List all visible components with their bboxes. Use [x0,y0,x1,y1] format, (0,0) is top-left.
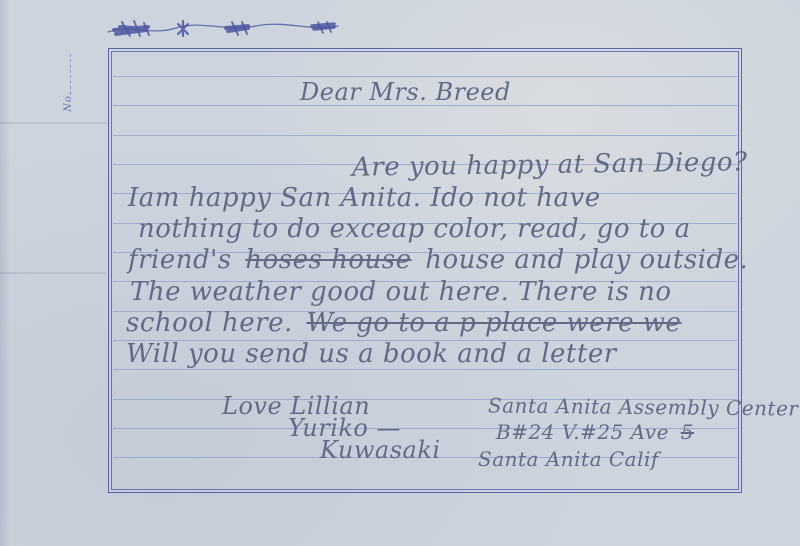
ruled-line [113,135,737,136]
margin-dashed-line [70,54,71,94]
body-line-3: nothing to do exceap color, read, go to … [138,214,691,244]
struck-text: 5 [681,420,694,444]
margin-no-label: No. [63,91,74,112]
struck-text: We go to a p place were we [307,308,682,338]
body-line-4-text: house and play outside. [425,245,748,275]
body-line-2: Iam happy San Anita. Ido not have [128,183,601,213]
body-line-1: Are you happy at San Diego? [352,147,748,183]
signature-last-name: Kuwasaki [320,436,441,464]
address-line-1: Santa Anita Assembly Center [488,393,799,420]
body-line-5: The weather good out here. There is no [130,277,671,307]
salutation-line: Dear Mrs. Breed [300,78,511,106]
paper-crease [0,272,106,274]
ruled-line [113,369,737,370]
address-line-3: Santa Anita Calif [478,447,659,471]
body-line-6-text: school here. [126,308,293,338]
letter-scan: { "paper": { "background": "#ccd4de", "b… [0,0,800,546]
ruled-line [113,76,737,77]
body-line-7: Will you send us a book and a letter [126,339,617,369]
body-line-4: friend's hoses house house and play outs… [128,245,748,275]
crossed-out-scribble [106,14,341,46]
body-line-4-text: friend's [128,245,232,275]
address-line-2: B#24 V.#25 Ave 5 [496,420,699,444]
address-line-2-text: B#24 V.#25 Ave [496,420,669,444]
struck-text: hoses house [245,245,411,275]
body-line-6: school here. We go to a p place were we [126,308,686,338]
paper-crease [0,122,106,124]
